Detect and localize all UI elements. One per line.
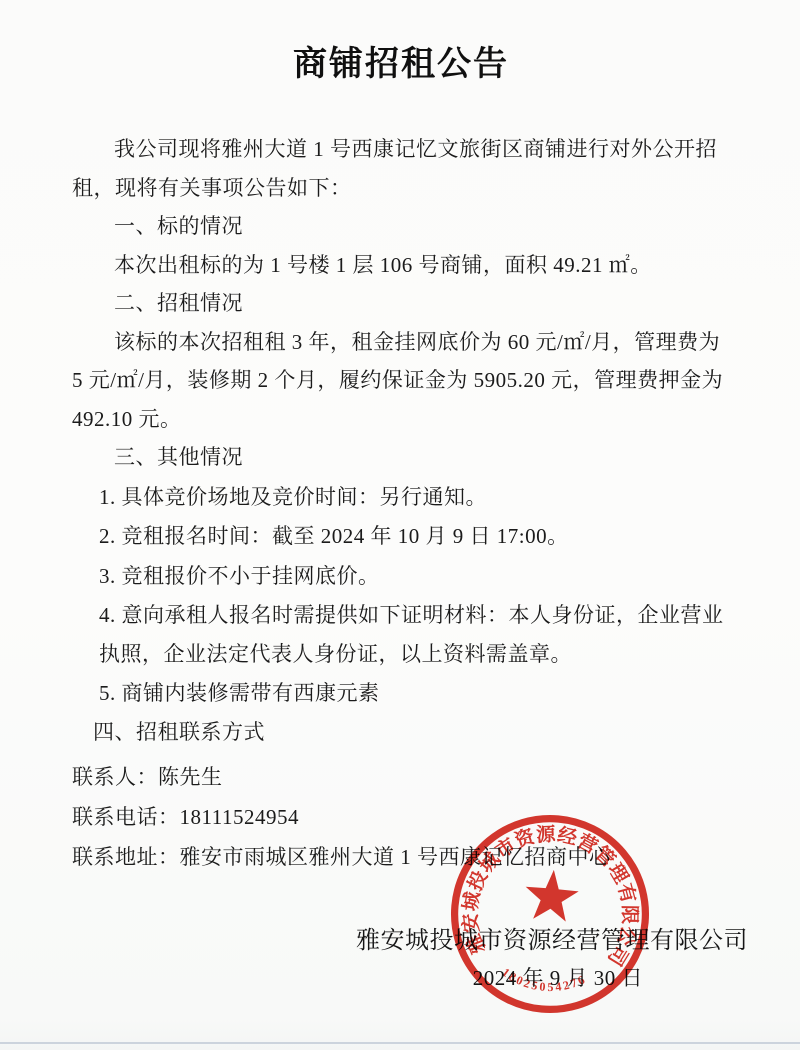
section-3-item: 1. 具体竞价场地及竞价时间：另行通知。 [72, 478, 730, 517]
section-3-item: 4. 意向承租人报名时需提供如下证明材料：本人身份证，企业营业执照，企业法定代表… [72, 596, 730, 673]
svg-text:18025054276: 18025054276 [498, 964, 590, 997]
document-page: 商铺招租公告 我公司现将雅州大道 1 号西康记忆文旅街区商铺进行对外公开招租，现… [0, 0, 800, 1050]
contact-person-line: 联系人：陈先生 [72, 757, 730, 797]
section-2-heading: 二、招租情况 [72, 284, 730, 323]
section-1-body: 本次出租标的为 1 号楼 1 层 106 号商铺，面积 49.21 ㎡。 [72, 246, 730, 285]
seal-number: 18025054276 [498, 964, 590, 997]
page-title: 商铺招租公告 [72, 47, 730, 83]
seal-star-icon [523, 868, 580, 923]
page-bottom-edge-line [0, 1042, 800, 1044]
section-3-heading: 三、其他情况 [72, 438, 730, 477]
section-4-heading: 四、招租联系方式 [72, 713, 730, 752]
official-seal: 雅安城投城市资源经营管理有限公司 18025054276 [435, 799, 665, 1029]
section-3-item: 5. 商铺内装修需带有西康元素 [72, 674, 730, 713]
section-3-item: 2. 竞租报名时间：截至 2024 年 10 月 9 日 17:00。 [72, 517, 730, 556]
intro-paragraph: 我公司现将雅州大道 1 号西康记忆文旅街区商铺进行对外公开招租，现将有关事项公告… [72, 130, 730, 207]
document-body: 商铺招租公告 我公司现将雅州大道 1 号西康记忆文旅街区商铺进行对外公开招租，现… [0, 0, 800, 877]
section-1-heading: 一、标的情况 [72, 207, 730, 246]
section-2-body: 该标的本次招租租 3 年，租金挂网底价为 60 元/㎡/月，管理费为 5 元/㎡… [72, 323, 730, 439]
section-3-item: 3. 竞租报价不小于挂网底价。 [72, 557, 730, 596]
